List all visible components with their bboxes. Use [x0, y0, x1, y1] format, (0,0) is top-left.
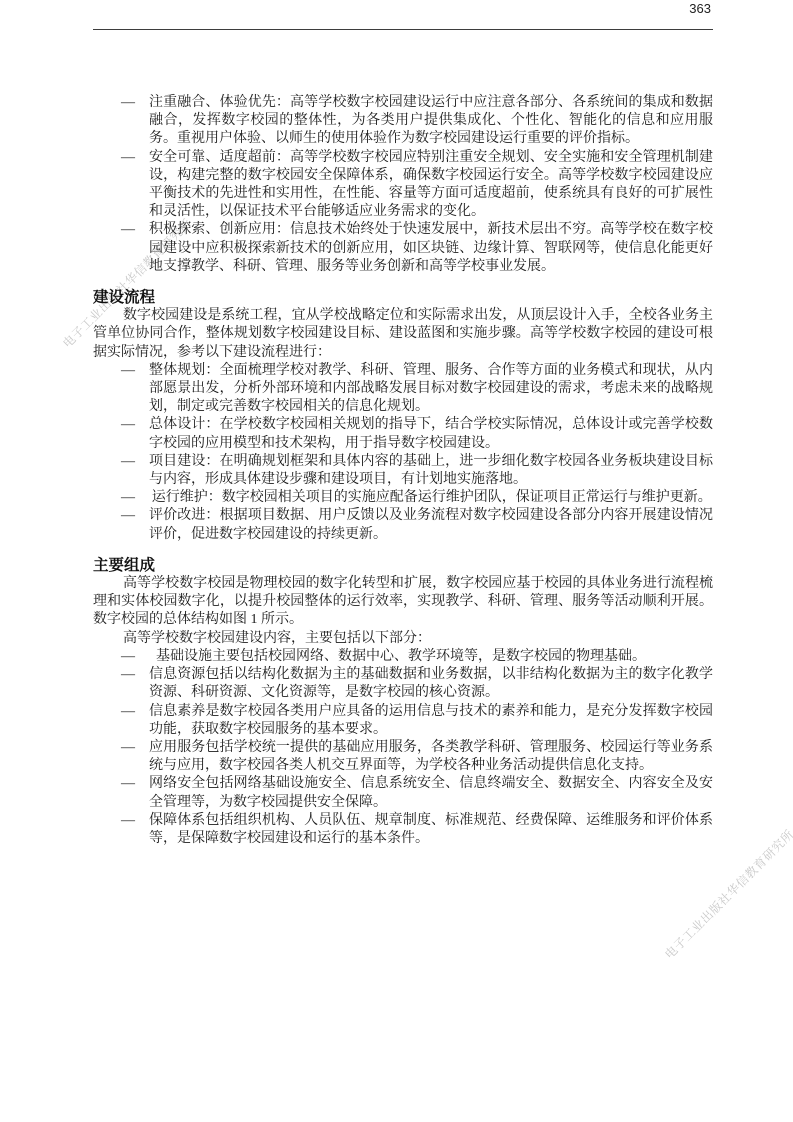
list-item-text: 应用服务包括学校统一提供的基础应用服务，各类教学科研、管理服务、校园运行等业务系… — [149, 740, 713, 773]
page-content: — 注重融合、体验优先：高等学校数字校园建设运行中应注意各部分、各系统间的集成和… — [93, 94, 713, 848]
bullet-dash: — — [121, 416, 135, 434]
list-item-text: 积极探索、创新应用：信息技术始终处于快速发展中，新技术层出不穷。高等学校在数字校… — [149, 222, 713, 273]
process-bullet-list: — 整体规划：全面梳理学校对教学、科研、管理、服务、合作等方面的业务模式和现状，… — [93, 362, 713, 544]
bullet-dash: — — [121, 453, 135, 471]
principles-bullet-list: — 注重融合、体验优先：高等学校数字校园建设运行中应注意各部分、各系统间的集成和… — [93, 94, 713, 276]
bullet-dash: — — [121, 666, 135, 684]
list-item-text: 运行维护：数字校园相关项目的实施应配备运行维护团队，保证项目正常运行与维护更新。 — [149, 490, 712, 505]
list-item: — 安全可靠、适度超前：高等学校数字校园应特别注重安全规划、安全实施和安全管理机… — [93, 149, 713, 222]
list-item: — 应用服务包括学校统一提供的基础应用服务，各类教学科研、管理服务、校园运行等业… — [93, 739, 713, 775]
list-item: — 信息素养是数字校园各类用户应具备的运用信息与技术的素养和能力，是充分发挥数字… — [93, 703, 713, 739]
list-item: — 保障体系包括组织机构、人员队伍、规章制度、标准规范、经费保障、运维服务和评价… — [93, 812, 713, 848]
bullet-dash: — — [121, 648, 135, 666]
list-item: — 运行维护：数字校园相关项目的实施应配备运行维护团队，保证项目正常运行与维护更… — [93, 489, 713, 507]
bullet-dash: — — [121, 739, 135, 757]
header-rule — [93, 29, 713, 30]
section-heading-process: 建设流程 — [93, 289, 713, 307]
bullet-dash: — — [121, 221, 135, 239]
bullet-dash: — — [121, 94, 135, 112]
bullet-dash: — — [121, 489, 135, 507]
bullet-dash: — — [121, 149, 135, 167]
list-item: — 网络安全包括网络基础设施安全、信息系统安全、信息终端安全、数据安全、内容安全… — [93, 775, 713, 811]
bullet-dash: — — [121, 812, 135, 830]
composition-bullet-list: — 基础设施主要包括校园网络、数据中心、教学环境等，是数字校园的物理基础。 — … — [93, 648, 713, 848]
list-item: — 基础设施主要包括校园网络、数据中心、教学环境等，是数字校园的物理基础。 — [93, 648, 713, 666]
list-item-text: 总体设计：在学校数字校园相关规划的指导下，结合学校实际情况，总体设计或完善学校数… — [149, 417, 713, 450]
list-item-text: 网络安全包括网络基础设施安全、信息系统安全、信息终端安全、数据安全、内容安全及安… — [149, 776, 713, 809]
bullet-dash: — — [121, 362, 135, 380]
list-item-text: 保障体系包括组织机构、人员队伍、规章制度、标准规范、经费保障、运维服务和评价体系… — [149, 813, 713, 846]
list-item-text: 整体规划：全面梳理学校对教学、科研、管理、服务、合作等方面的业务模式和现状，从内… — [149, 363, 713, 414]
page-number: 363 — [689, 1, 711, 16]
paragraph: 高等学校数字校园是物理校园的数字化转型和扩展，数字校园应基于校园的具体业务进行流… — [93, 575, 713, 630]
list-item: — 积极探索、创新应用：信息技术始终处于快速发展中，新技术层出不穷。高等学校在数… — [93, 221, 713, 276]
list-item-text: 信息素养是数字校园各类用户应具备的运用信息与技术的素养和能力，是充分发挥数字校园… — [149, 704, 713, 737]
paragraph: 数字校园建设是系统工程，宜从学校战略定位和实际需求出发，从顶层设计入手，全校各业… — [93, 307, 713, 362]
list-item: — 注重融合、体验优先：高等学校数字校园建设运行中应注意各部分、各系统间的集成和… — [93, 94, 713, 149]
list-item-text: 安全可靠、适度超前：高等学校数字校园应特别注重安全规划、安全实施和安全管理机制建… — [149, 150, 713, 220]
list-item-text: 评价改进：根据项目数据、用户反馈以及业务流程对数字校园建设各部分内容开展建设情况… — [149, 508, 713, 541]
document-page: 电子工业出版社华信教育研究所 电子工业出版社华信教育研究所 363 — 注重融合… — [0, 0, 793, 1122]
bullet-dash: — — [121, 703, 135, 721]
list-item: — 信息资源包括以结构化数据为主的基础数据和业务数据，以非结构化数据为主的数字化… — [93, 666, 713, 702]
list-item-text: 信息资源包括以结构化数据为主的基础数据和业务数据，以非结构化数据为主的数字化教学… — [149, 667, 713, 700]
list-item: — 整体规划：全面梳理学校对教学、科研、管理、服务、合作等方面的业务模式和现状，… — [93, 362, 713, 417]
list-item: — 总体设计：在学校数字校园相关规划的指导下，结合学校实际情况，总体设计或完善学… — [93, 416, 713, 452]
list-item: — 评价改进：根据项目数据、用户反馈以及业务流程对数字校园建设各部分内容开展建设… — [93, 507, 713, 543]
list-item-text: 基础设施主要包括校园网络、数据中心、教学环境等，是数字校园的物理基础。 — [149, 649, 646, 664]
section-heading-composition: 主要组成 — [93, 557, 713, 575]
bullet-dash: — — [121, 775, 135, 793]
bullet-dash: — — [121, 507, 135, 525]
list-item-text: 项目建设：在明确规划框架和具体内容的基础上，进一步细化数字校园各业务板块建设目标… — [149, 454, 713, 487]
composition-intro-line: 高等学校数字校园建设内容，主要包括以下部分： — [93, 630, 713, 648]
list-item: — 项目建设：在明确规划框架和具体内容的基础上，进一步细化数字校园各业务板块建设… — [93, 453, 713, 489]
list-item-text: 注重融合、体验优先：高等学校数字校园建设运行中应注意各部分、各系统间的集成和数据… — [149, 95, 713, 146]
